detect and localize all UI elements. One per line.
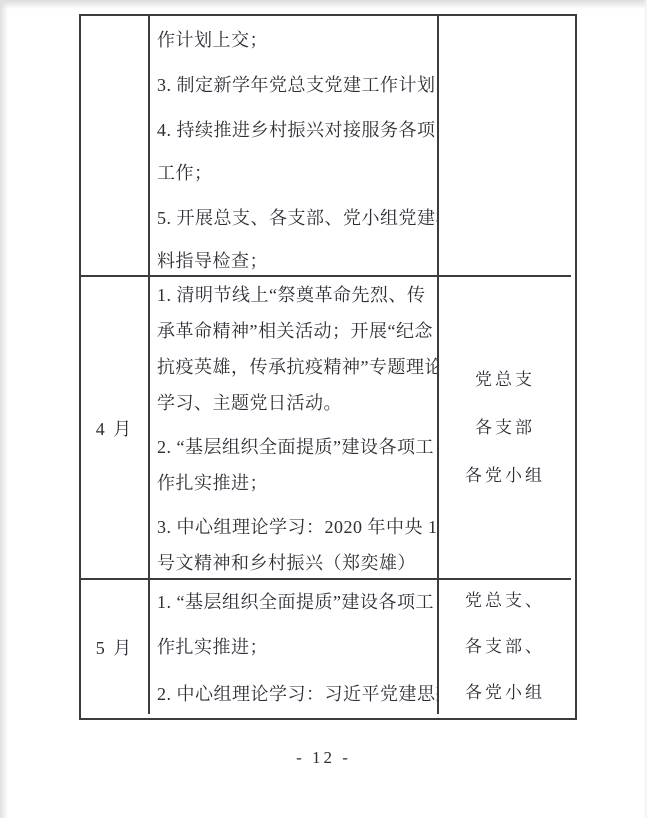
task-paragraph: 3. 制定新学年党总支党建工作计划；	[157, 64, 433, 107]
page-number: - 12 -	[0, 748, 647, 768]
responsible-cell: 党总支各支部各党小组	[439, 277, 571, 580]
task-line: 2. “基层组织全面提质”建设各项工	[157, 429, 433, 465]
task-line: 1. “基层组织全面提质”建设各项工	[157, 580, 433, 625]
responsible-line: 党总支、	[465, 580, 545, 624]
task-paragraph: 1. 清明节线上“祭奠革命先烈、传承革命精神”相关活动；开展“纪念抗疫英雄，传承…	[157, 277, 433, 421]
work-plan-table: 作计划上交；3. 制定新学年党总支党建工作计划；4. 持续推进乡村振兴对接服务各…	[79, 14, 577, 720]
month-cell: 4 月	[81, 277, 150, 580]
responsible-line: 各党小组	[465, 670, 545, 714]
task-line: 作扎实推进；	[157, 625, 433, 670]
tasks-cell: 1. 清明节线上“祭奠革命先烈、传承革命精神”相关活动；开展“纪念抗疫英雄，传承…	[150, 277, 439, 580]
responsible-cell: 党总支、各支部、各党小组	[439, 580, 571, 714]
task-line: 作计划上交；	[157, 19, 433, 62]
task-paragraph: 作计划上交；	[157, 19, 433, 62]
document-page: 作计划上交；3. 制定新学年党总支党建工作计划；4. 持续推进乡村振兴对接服务各…	[0, 0, 647, 818]
page-edge-shadow-right	[643, 0, 647, 818]
task-paragraph: 1. “基层组织全面提质”建设各项工作扎实推进；	[157, 580, 433, 670]
task-line: 3. 中心组理论学习：2020 年中央 1	[157, 509, 433, 545]
task-line: 2. 中心组理论学习：习近平党建思想	[157, 672, 433, 714]
month-label: 4 月	[96, 415, 134, 441]
page-edge-shadow-top	[0, 0, 647, 10]
task-line: 1. 清明节线上“祭奠革命先烈、传	[157, 277, 433, 313]
task-line: 抗疫英雄，传承抗疫精神”专题理论	[157, 349, 433, 385]
task-paragraph: 4. 持续推进乡村振兴对接服务各项工作；	[157, 109, 433, 195]
responsible-line: 党总支	[475, 356, 535, 404]
responsible-cell	[439, 16, 571, 277]
task-paragraph: 5. 开展总支、各支部、党小组党建材料指导检查；	[157, 197, 433, 277]
task-line: 工作；	[157, 152, 433, 195]
task-line: 号文精神和乡村振兴（郑奕雄）	[157, 545, 433, 580]
task-line: 4. 持续推进乡村振兴对接服务各项	[157, 109, 433, 152]
tasks-cell: 1. “基层组织全面提质”建设各项工作扎实推进；2. 中心组理论学习：习近平党建…	[150, 580, 439, 714]
task-paragraph: 3. 中心组理论学习：2020 年中央 1号文精神和乡村振兴（郑奕雄）	[157, 509, 433, 580]
responsible-line: 各支部、	[465, 624, 545, 670]
task-paragraph: 2. “基层组织全面提质”建设各项工作扎实推进；	[157, 429, 433, 501]
responsible-line: 各支部	[475, 404, 535, 452]
task-paragraph: 2. 中心组理论学习：习近平党建思想	[157, 672, 433, 714]
task-line: 作扎实推进；	[157, 465, 433, 501]
task-line: 3. 制定新学年党总支党建工作计划；	[157, 64, 433, 107]
month-cell	[81, 16, 150, 277]
task-line: 料指导检查；	[157, 240, 433, 277]
month-label: 5 月	[96, 634, 134, 660]
page-edge-shadow-left	[0, 0, 9, 818]
task-line: 学习、主题党日活动。	[157, 385, 433, 421]
task-line: 5. 开展总支、各支部、党小组党建材	[157, 197, 433, 240]
responsible-line: 各党小组	[465, 452, 545, 500]
month-cell: 5 月	[81, 580, 150, 714]
task-line: 承革命精神”相关活动；开展“纪念	[157, 313, 433, 349]
tasks-cell: 作计划上交；3. 制定新学年党总支党建工作计划；4. 持续推进乡村振兴对接服务各…	[150, 16, 439, 277]
